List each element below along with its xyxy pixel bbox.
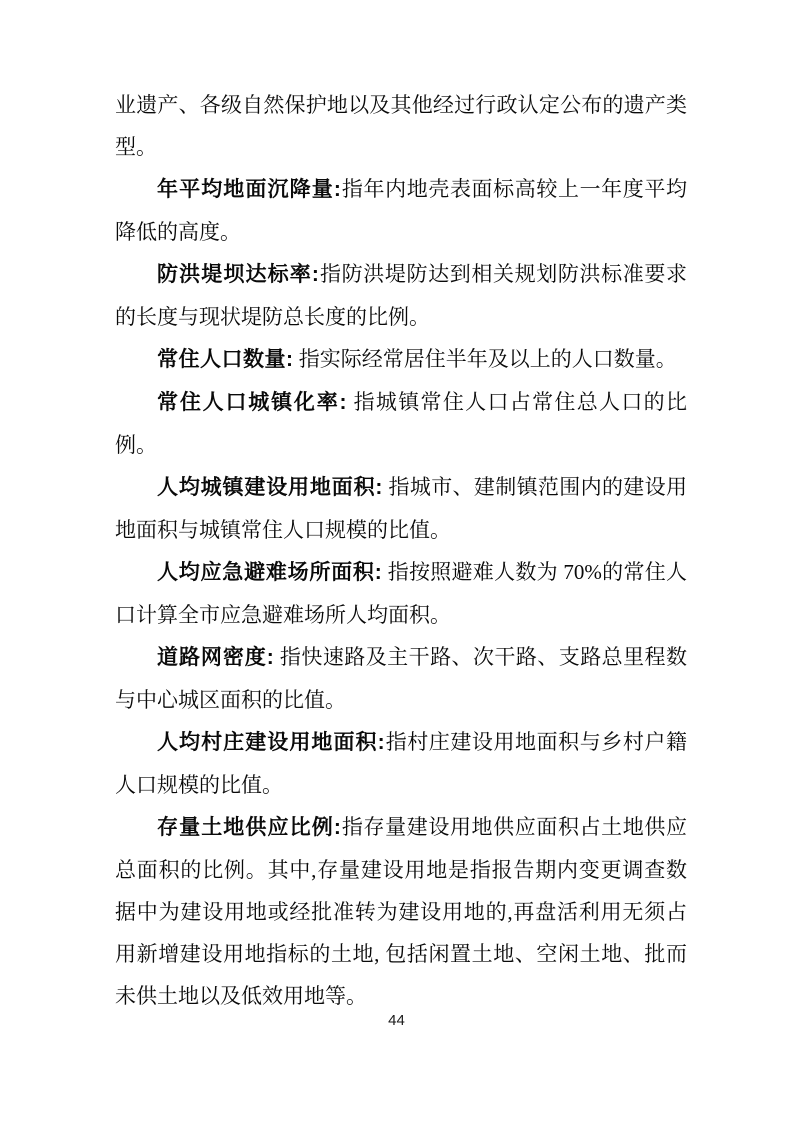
definition-paragraph: 年平均地面沉降量:指年内地壳表面标高较上一年度平均降低的高度。 xyxy=(115,168,687,253)
definition-term: 常住人口数量: xyxy=(157,348,294,371)
definition-paragraph: 存量土地供应比例:指存量建设用地供应面积占土地供应总面积的比例。其中,存量建设用… xyxy=(115,806,687,1017)
definition-term: 人均村庄建设用地面积: xyxy=(157,731,385,754)
definition-paragraph: 业遗产、各级自然保护地以及其他经过行政认定公布的遗产类型。 xyxy=(115,84,687,168)
definition-term: 年平均地面沉降量: xyxy=(157,178,341,201)
definition-text: 业遗产、各级自然保护地以及其他经过行政认定公布的遗产类型。 xyxy=(115,93,687,159)
definition-paragraph: 人均村庄建设用地面积:指村庄建设用地面积与乡村户籍人口规模的比值。 xyxy=(115,721,687,806)
definition-paragraph: 道路网密度: 指快速路及主干路、次干路、支路总里程数与中心城区面积的比值。 xyxy=(115,636,687,721)
definition-paragraph: 常住人口城镇化率: 指城镇常住人口占常住总人口的比例。 xyxy=(115,381,687,466)
definition-paragraph: 常住人口数量: 指实际经常居住半年及以上的人口数量。 xyxy=(115,338,687,381)
definition-term: 常住人口城镇化率: xyxy=(157,391,347,414)
definition-paragraph: 人均应急避难场所面积: 指按照避难人数为 70%的常住人口计算全市应急避难场所人… xyxy=(115,551,687,636)
document-page: 业遗产、各级自然保护地以及其他经过行政认定公布的遗产类型。年平均地面沉降量:指年… xyxy=(0,0,793,1122)
document-body: 业遗产、各级自然保护地以及其他经过行政认定公布的遗产类型。年平均地面沉降量:指年… xyxy=(115,84,687,1017)
page-number: 44 xyxy=(0,1012,793,1029)
definition-term: 道路网密度: xyxy=(157,646,274,669)
definition-term: 人均应急避难场所面积: xyxy=(157,561,382,584)
definition-text: 指实际经常居住半年及以上的人口数量。 xyxy=(294,347,677,371)
definition-term: 人均城镇建设用地面积: xyxy=(157,476,383,499)
definition-term: 存量土地供应比例: xyxy=(157,816,341,839)
definition-paragraph: 防洪堤坝达标率:指防洪堤防达到相关规划防洪标准要求的长度与现状堤防总长度的比例。 xyxy=(115,253,687,338)
definition-paragraph: 人均城镇建设用地面积: 指城市、建制镇范围内的建设用地面积与城镇常住人口规模的比… xyxy=(115,466,687,551)
definition-term: 防洪堤坝达标率: xyxy=(157,263,319,286)
definition-text: 指存量建设用地供应面积占土地供应总面积的比例。其中,存量建设用地是指报告期内变更… xyxy=(115,815,687,1008)
